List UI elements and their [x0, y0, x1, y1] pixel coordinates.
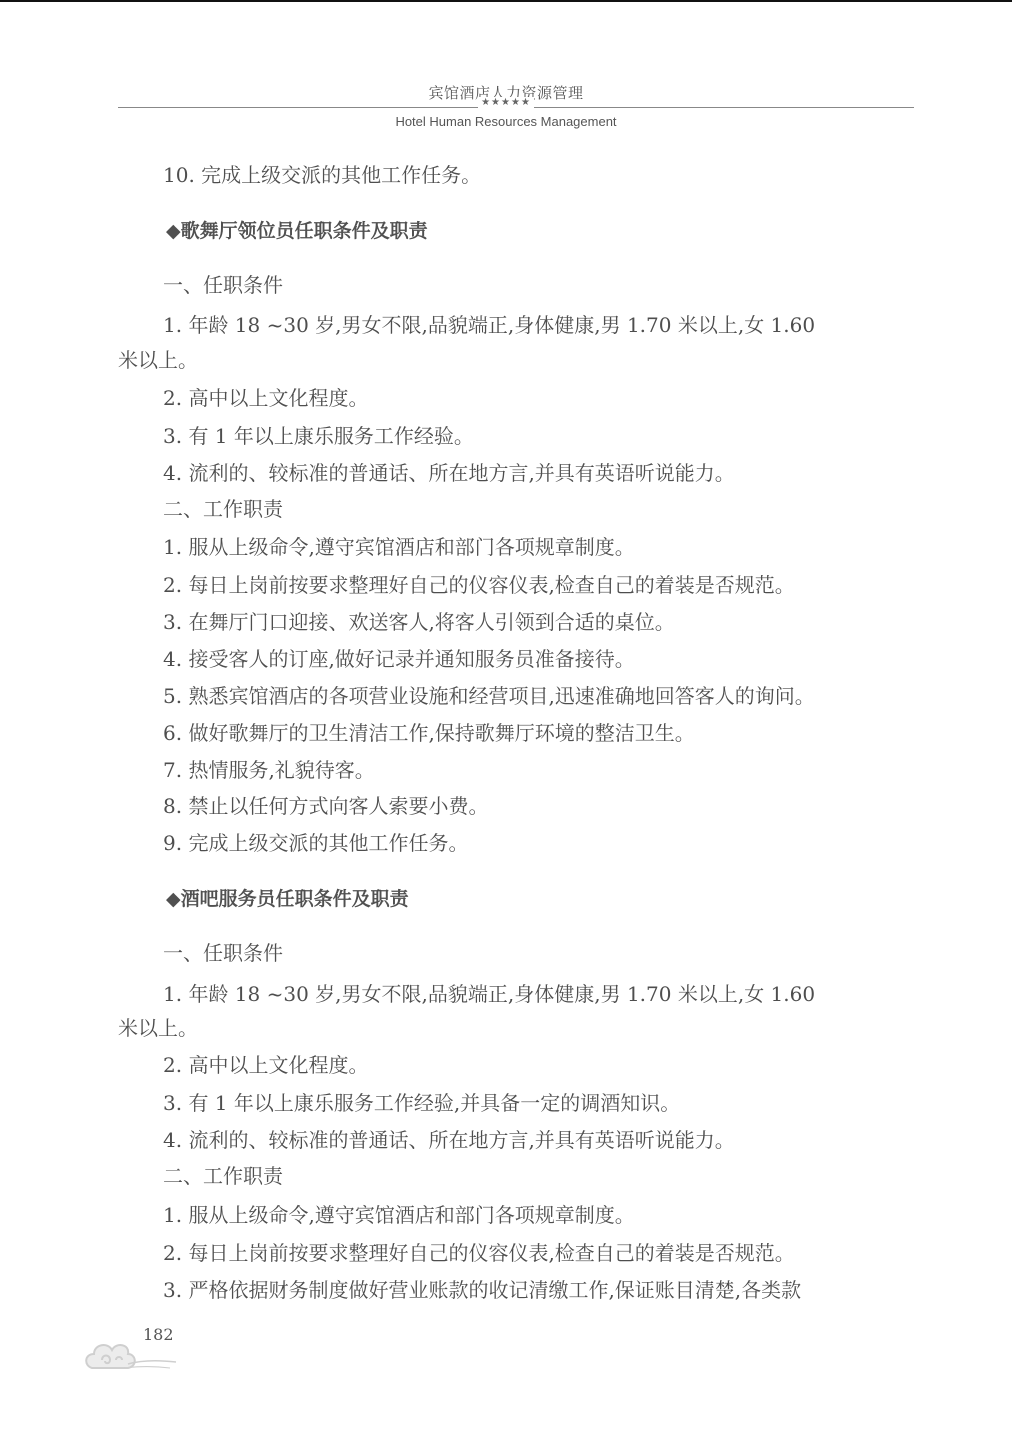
text-line: 1. 服从上级命令,遵守宾馆酒店和部门各项规章制度。 [163, 535, 635, 559]
text-line: 1. 年龄 18 ~30 岁,男女不限,品貌端正,身体健康,男 1.70 米以上… [163, 982, 815, 1006]
text-line: 8. 禁止以任何方式向客人索要小费。 [163, 794, 488, 818]
text-line: 10. 完成上级交派的其他工作任务。 [163, 163, 481, 187]
text-line: 3. 有 1 年以上康乐服务工作经验。 [163, 424, 474, 448]
page-number: 182 [143, 1325, 174, 1344]
text-line: 2. 高中以上文化程度。 [163, 1053, 368, 1077]
scan-top-border [0, 0, 1012, 2]
text-line: 5. 熟悉宾馆酒店的各项营业设施和经营项目,迅速准确地回答客人的询问。 [163, 684, 815, 708]
header-subtitle: Hotel Human Resources Management [0, 114, 1012, 129]
text-line: 一、任职条件 [163, 941, 283, 965]
text-line: 二、工作职责 [163, 1164, 283, 1188]
text-line: 1. 服从上级命令,遵守宾馆酒店和部门各项规章制度。 [163, 1203, 635, 1227]
text-line: 1. 年龄 18 ~30 岁,男女不限,品貌端正,身体健康,男 1.70 米以上… [163, 313, 815, 337]
text-line: 二、工作职责 [163, 497, 283, 521]
text-line: 4. 流利的、较标准的普通话、所在地方言,并具有英语听说能力。 [163, 461, 735, 485]
text-line: 一、任职条件 [163, 273, 283, 297]
text-line: 3. 严格依据财务制度做好营业账款的收记清缴工作,保证账目清楚,各类款 [163, 1278, 801, 1302]
text-line: 米以上。 [118, 1016, 198, 1040]
text-line: 7. 热情服务,礼貌待客。 [163, 758, 375, 782]
text-line: 米以上。 [118, 348, 198, 372]
text-line: 2. 每日上岗前按要求整理好自己的仪容仪表,检查自己的着装是否规范。 [163, 573, 795, 597]
text-line: 9. 完成上级交派的其他工作任务。 [163, 831, 468, 855]
header-stars-icon: ★★★★★ [0, 97, 1012, 109]
text-line: 2. 每日上岗前按要求整理好自己的仪容仪表,检查自己的着装是否规范。 [163, 1241, 795, 1265]
section-heading: ◆歌舞厅领位员任职条件及职责 [166, 219, 428, 243]
text-line: 3. 有 1 年以上康乐服务工作经验,并具备一定的调酒知识。 [163, 1091, 680, 1115]
text-line: 3. 在舞厅门口迎接、欢送客人,将客人引领到合适的桌位。 [163, 610, 675, 634]
text-line: 2. 高中以上文化程度。 [163, 386, 368, 410]
text-line: 4. 流利的、较标准的普通话、所在地方言,并具有英语听说能力。 [163, 1128, 735, 1152]
section-heading: ◆酒吧服务员任职条件及职责 [166, 887, 409, 911]
text-line: 4. 接受客人的订座,做好记录并通知服务员准备接待。 [163, 647, 635, 671]
text-line: 6. 做好歌舞厅的卫生清洁工作,保持歌舞厅环境的整洁卫生。 [163, 721, 695, 745]
